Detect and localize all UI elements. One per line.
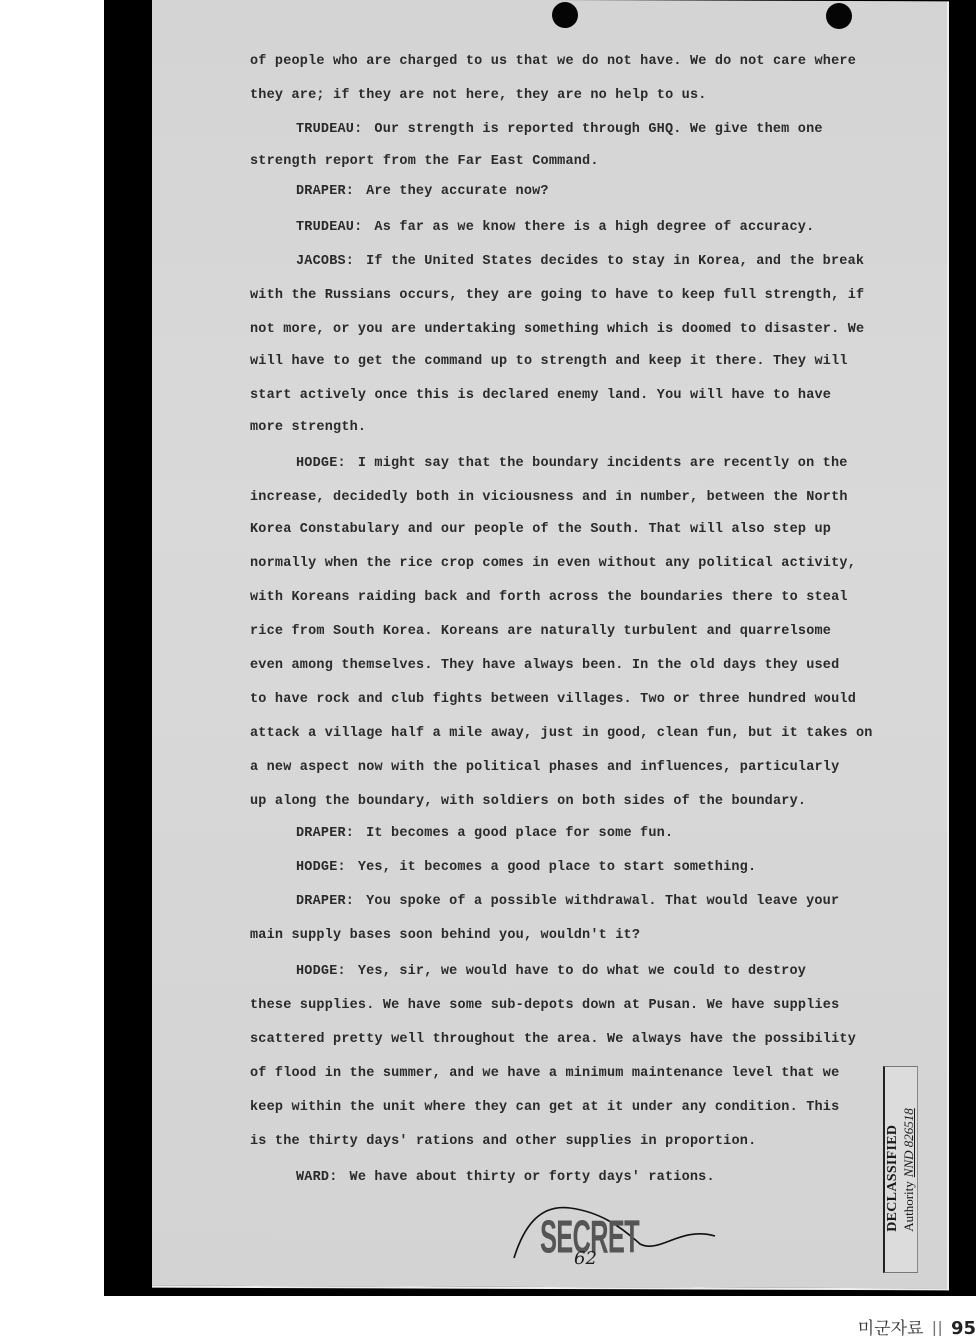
declassified-authority: AuthorityNND 826518: [901, 1108, 917, 1232]
line-text: up along the boundary, with soldiers on …: [250, 794, 806, 809]
transcript-speaker-line: DRAPER:Are they accurate now?: [250, 182, 549, 202]
transcript-speaker-line: DRAPER:It becomes a good place for some …: [250, 824, 673, 844]
transcript-speaker-line: WARD:We have about thirty or forty days'…: [250, 1168, 715, 1188]
transcript-line: rice from South Korea. Koreans are natur…: [250, 622, 831, 642]
line-text: scattered pretty well throughout the are…: [250, 1032, 856, 1047]
transcript-speaker-line: HODGE:I might say that the boundary inci…: [250, 454, 848, 474]
speaker-name: WARD:: [296, 1170, 338, 1185]
line-text: If the United States decides to stay in …: [366, 254, 864, 269]
line-text: of people who are charged to us that we …: [250, 54, 856, 69]
line-text: I might say that the boundary incidents …: [358, 456, 848, 471]
line-text: Our strength is reported through GHQ. We…: [374, 122, 822, 137]
line-text: Yes, sir, we would have to do what we co…: [358, 964, 806, 979]
transcript-speaker-line: TRUDEAU:As far as we know there is a hig…: [250, 218, 814, 238]
transcript-line: main supply bases soon behind you, would…: [250, 926, 640, 946]
speaker-name: DRAPER:: [296, 894, 354, 909]
transcript-speaker-line: HODGE:Yes, sir, we would have to do what…: [250, 962, 806, 982]
punch-hole-right: [826, 3, 852, 29]
transcript-line: keep within the unit where they can get …: [250, 1098, 839, 1118]
speaker-name: JACOBS:: [296, 254, 354, 269]
line-text: strength report from the Far East Comman…: [250, 154, 599, 169]
authority-label: Authority: [901, 1181, 916, 1232]
line-text: these supplies. We have some sub-depots …: [250, 998, 839, 1013]
transcript-line: strength report from the Far East Comman…: [250, 152, 599, 172]
footer-separator: ||: [931, 1319, 942, 1336]
transcript-line: increase, decidedly both in viciousness …: [250, 488, 848, 508]
line-text: start actively once this is declared ene…: [250, 388, 831, 403]
footer-page-number: 95: [951, 1318, 976, 1336]
line-text: they are; if they are not here, they are…: [250, 88, 707, 103]
transcript-line: they are; if they are not here, they are…: [250, 86, 707, 106]
line-text: Are they accurate now?: [366, 184, 549, 199]
transcript-speaker-line: JACOBS:If the United States decides to s…: [250, 252, 864, 272]
line-text: not more, or you are undertaking somethi…: [250, 322, 864, 337]
line-text: more strength.: [250, 420, 366, 435]
footer-book-title: 미군자료: [858, 1319, 924, 1336]
transcript-line: a new aspect now with the political phas…: [250, 758, 839, 778]
line-text: even among themselves. They have always …: [250, 658, 839, 673]
line-text: is the thirty days' rations and other su…: [250, 1134, 756, 1149]
line-text: with the Russians occurs, they are going…: [250, 288, 864, 303]
handwritten-page-number: 62: [574, 1248, 597, 1269]
transcript-line: scattered pretty well throughout the are…: [250, 1030, 856, 1050]
transcript-line: with Koreans raiding back and forth acro…: [250, 588, 848, 608]
transcript-line: normally when the rice crop comes in eve…: [250, 554, 856, 574]
line-text: with Koreans raiding back and forth acro…: [250, 590, 848, 605]
line-text: attack a village half a mile away, just …: [250, 726, 873, 741]
speaker-name: TRUDEAU:: [296, 220, 362, 235]
authority-value: NND 826518: [901, 1108, 916, 1177]
transcript-line: start actively once this is declared ene…: [250, 386, 831, 406]
transcript-line: not more, or you are undertaking somethi…: [250, 320, 864, 340]
speaker-name: DRAPER:: [296, 826, 354, 841]
transcript-line: Korea Constabulary and our people of the…: [250, 520, 831, 540]
transcript-line: with the Russians occurs, they are going…: [250, 286, 864, 306]
speaker-name: HODGE:: [296, 456, 346, 471]
transcript-speaker-line: DRAPER:You spoke of a possible withdrawa…: [250, 892, 839, 912]
line-text: Korea Constabulary and our people of the…: [250, 522, 831, 537]
declassified-title: DECLASSIFIED: [885, 1108, 901, 1232]
transcript-line: will have to get the command up to stren…: [250, 352, 848, 372]
line-text: keep within the unit where they can get …: [250, 1100, 839, 1115]
transcript-line: even among themselves. They have always …: [250, 656, 839, 676]
speaker-name: HODGE:: [296, 860, 346, 875]
transcript-line: of people who are charged to us that we …: [250, 52, 856, 72]
transcript-line: to have rock and club fights between vil…: [250, 690, 856, 710]
line-text: rice from South Korea. Koreans are natur…: [250, 624, 831, 639]
line-text: of flood in the summer, and we have a mi…: [250, 1066, 839, 1081]
line-text: a new aspect now with the political phas…: [250, 760, 839, 775]
line-text: will have to get the command up to stren…: [250, 354, 848, 369]
book-footer: 미군자료||95: [858, 1314, 976, 1336]
line-text: We have about thirty or forty days' rati…: [350, 1170, 715, 1185]
speaker-name: TRUDEAU:: [296, 122, 362, 137]
line-text: You spoke of a possible withdrawal. That…: [366, 894, 839, 909]
transcript-line: up along the boundary, with soldiers on …: [250, 792, 806, 812]
line-text: increase, decidedly both in viciousness …: [250, 490, 848, 505]
line-text: Yes, it becomes a good place to start so…: [358, 860, 756, 875]
transcript-line: these supplies. We have some sub-depots …: [250, 996, 839, 1016]
transcript-line: more strength.: [250, 418, 366, 438]
speaker-name: HODGE:: [296, 964, 346, 979]
line-text: It becomes a good place for some fun.: [366, 826, 673, 841]
line-text: to have rock and club fights between vil…: [250, 692, 856, 707]
transcript-speaker-line: HODGE:Yes, it becomes a good place to st…: [250, 858, 756, 878]
line-text: normally when the rice crop comes in eve…: [250, 556, 856, 571]
transcript-speaker-line: TRUDEAU:Our strength is reported through…: [250, 120, 823, 140]
speaker-name: DRAPER:: [296, 184, 354, 199]
transcript-line: attack a village half a mile away, just …: [250, 724, 873, 744]
declassified-stamp: DECLASSIFIED AuthorityNND 826518: [883, 1066, 918, 1273]
line-text: As far as we know there is a high degree…: [374, 220, 814, 235]
line-text: main supply bases soon behind you, would…: [250, 928, 640, 943]
transcript-line: of flood in the summer, and we have a mi…: [250, 1064, 839, 1084]
transcript-line: is the thirty days' rations and other su…: [250, 1132, 756, 1152]
punch-hole-left: [552, 2, 578, 28]
